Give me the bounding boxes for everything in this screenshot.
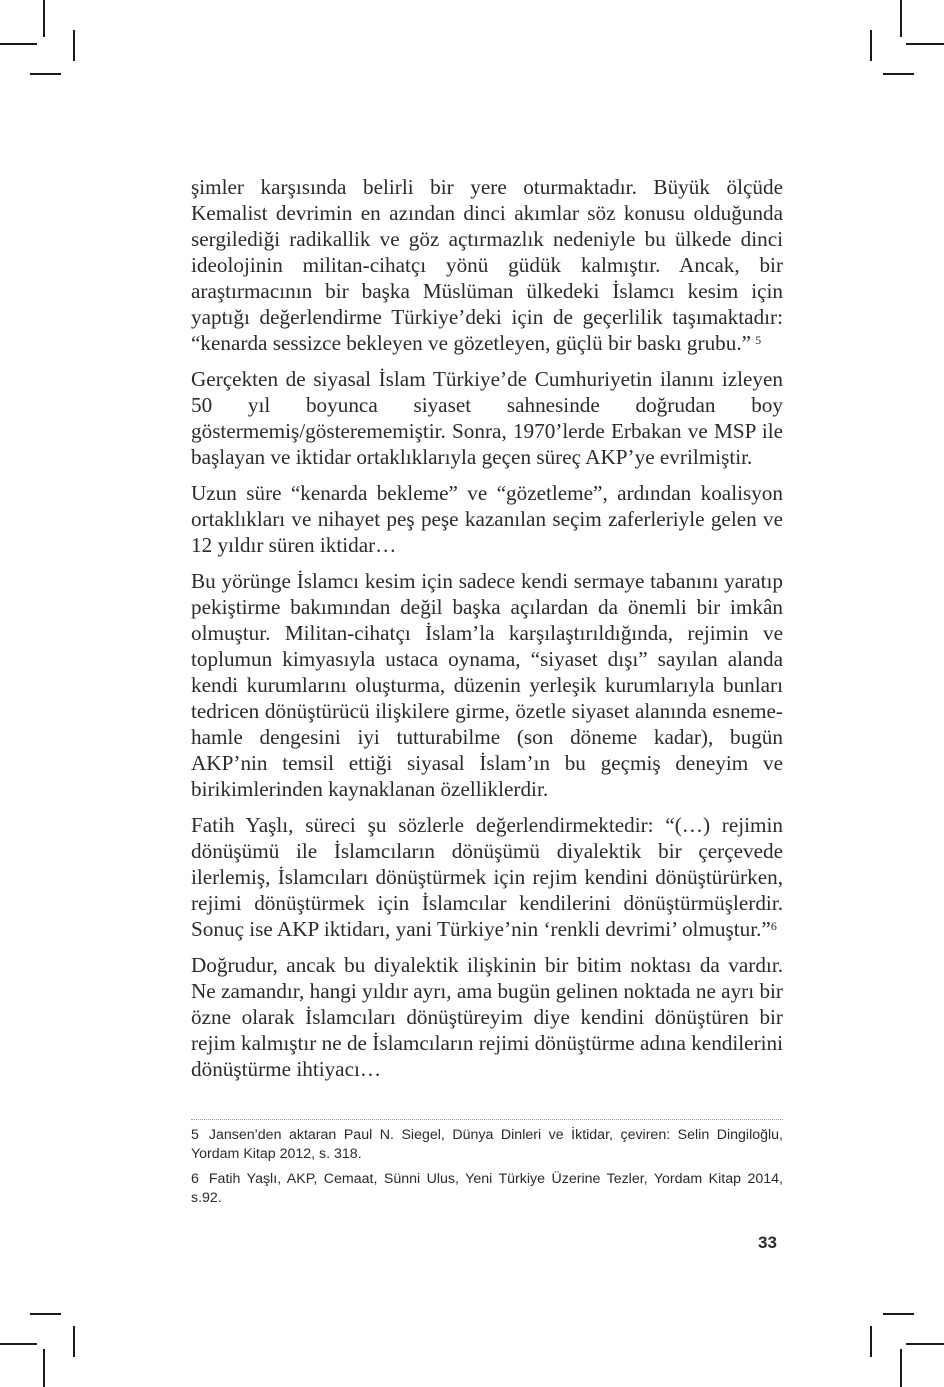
crop-mark-bottom-right bbox=[906, 1343, 944, 1345]
paragraph: Doğrudur, ancak bu diyalektik ilişkinin … bbox=[191, 952, 783, 1082]
footnote-reference: 6 bbox=[771, 919, 777, 933]
paragraph: Uzun süre “kenarda bekleme” ve “gözetlem… bbox=[191, 480, 783, 558]
footnote: 6Fatih Yaşlı, AKP, Cemaat, Sünni Ulus, Y… bbox=[191, 1170, 783, 1208]
crop-mark-bottom-right bbox=[870, 1326, 872, 1357]
crop-mark-top-left bbox=[30, 73, 61, 75]
footnote-text: Fatih Yaşlı, AKP, Cemaat, Sünni Ulus, Ye… bbox=[191, 1171, 783, 1206]
footnote-number: 5 bbox=[191, 1127, 199, 1143]
crop-mark-top-left bbox=[43, 0, 45, 37]
crop-mark-top-right bbox=[870, 30, 872, 61]
paragraph: Fatih Yaşlı, süreci şu sözlerle değerlen… bbox=[191, 812, 783, 942]
footnote-text: Jansen’den aktaran Paul N. Siegel, Dünya… bbox=[191, 1127, 783, 1162]
footnote-number: 6 bbox=[191, 1171, 199, 1187]
crop-mark-top-right bbox=[906, 43, 944, 45]
footnotes: 5Jansen’den aktaran Paul N. Siegel, Düny… bbox=[191, 1119, 783, 1214]
paragraph: Gerçekten de siyasal İslam Türkiye’de Cu… bbox=[191, 366, 783, 470]
crop-mark-top-right bbox=[900, 0, 902, 37]
body-text: şimler karşısında belirli bir yere oturm… bbox=[191, 174, 783, 1092]
footnote: 5Jansen’den aktaran Paul N. Siegel, Düny… bbox=[191, 1126, 783, 1164]
crop-mark-top-left bbox=[73, 30, 75, 61]
crop-mark-top-left bbox=[0, 43, 37, 45]
book-page: şimler karşısında belirli bir yere oturm… bbox=[0, 0, 944, 1387]
crop-mark-bottom-left bbox=[0, 1343, 37, 1345]
page-number: 33 bbox=[758, 1233, 777, 1253]
crop-mark-bottom-left bbox=[30, 1313, 61, 1315]
crop-mark-top-right bbox=[883, 73, 914, 75]
crop-mark-bottom-left bbox=[73, 1326, 75, 1357]
crop-mark-bottom-right bbox=[883, 1313, 914, 1315]
footnote-reference: 5 bbox=[755, 333, 761, 347]
paragraph: Bu yörünge İslamcı kesim için sadece ken… bbox=[191, 568, 783, 802]
crop-mark-bottom-right bbox=[900, 1349, 902, 1387]
paragraph: şimler karşısında belirli bir yere oturm… bbox=[191, 174, 783, 356]
crop-mark-bottom-left bbox=[43, 1349, 45, 1387]
